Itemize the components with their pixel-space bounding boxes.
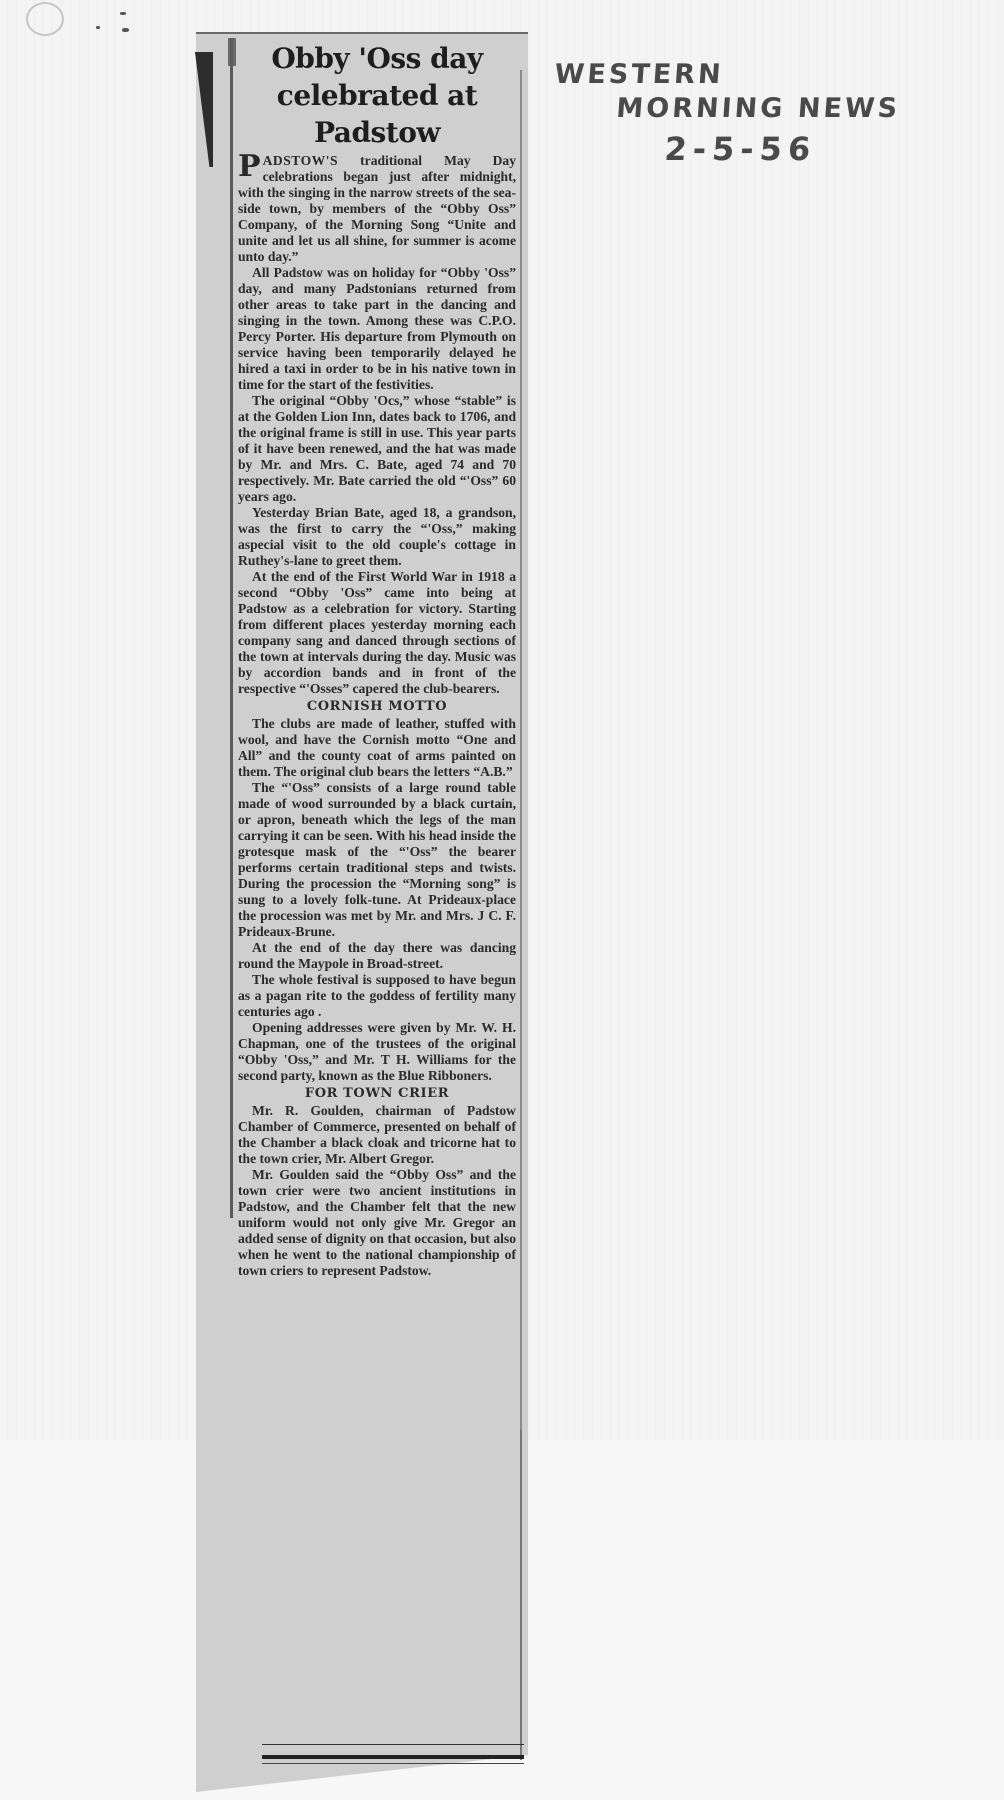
hole-punch-ring-mark [26,2,64,36]
end-rule-thin [262,1763,524,1764]
end-rule-thick [262,1755,524,1759]
ink-speck [96,26,100,29]
article-paragraph: The whole festival is supposed to have b… [238,972,516,1020]
article-paragraph: At the end of the day there was dancing … [238,940,516,972]
ink-speck [120,12,126,15]
subhead-for-town-crier: FOR TOWN CRIER [238,1085,516,1102]
handwritten-publication-line1: WESTERN [549,58,971,92]
handwritten-annotation: WESTERN MORNING NEWS 2-5-56 [544,58,972,166]
article-paragraph: Yesterday Brian Bate, aged 18, a grandso… [238,505,516,569]
drop-cap: P [238,154,261,180]
end-rule-thin [262,1744,524,1745]
ink-speck [122,28,129,32]
lead-paragraph: PADSTOW'S traditional May Day celebratio… [238,153,516,265]
column-rule-right [520,70,522,1520]
column-rule-right-lower [520,1430,522,1760]
article-paragraph: Opening addresses were given by Mr. W. H… [238,1020,516,1084]
article-body: PADSTOW'S traditional May Day celebratio… [238,153,516,1279]
article-headline: Obby 'Oss day celebrated at Padstow [238,40,516,151]
article-paragraph: The original “Obby 'Ocs,” whose “stable”… [238,393,516,505]
article-paragraph: The “'Oss” consists of a large round tab… [238,780,516,940]
lead-caps: ADSTOW'S [263,153,339,168]
article-paragraph: The clubs are made of leather, stuffed w… [238,716,516,780]
handwritten-publication-line2: MORNING NEWS [547,92,969,126]
article-paragraph: Mr. Goulden said the “Obby Oss” and the … [238,1167,516,1279]
article-paragraph: Mr. R. Goulden, chairman of Padstow Cham… [238,1103,516,1167]
handwritten-date: 2-5-56 [544,132,966,166]
clipping-top-edge [196,32,528,34]
article-end-rules [262,1744,524,1764]
article-paragraph: At the end of the First World War in 191… [238,569,516,697]
article-paragraph: All Padstow was on holiday for “Obby 'Os… [238,265,516,393]
subhead-cornish-motto: CORNISH MOTTO [238,698,516,715]
newspaper-article: Obby 'Oss day celebrated at Padstow PADS… [238,40,516,1279]
column-rule-left [230,38,233,1218]
